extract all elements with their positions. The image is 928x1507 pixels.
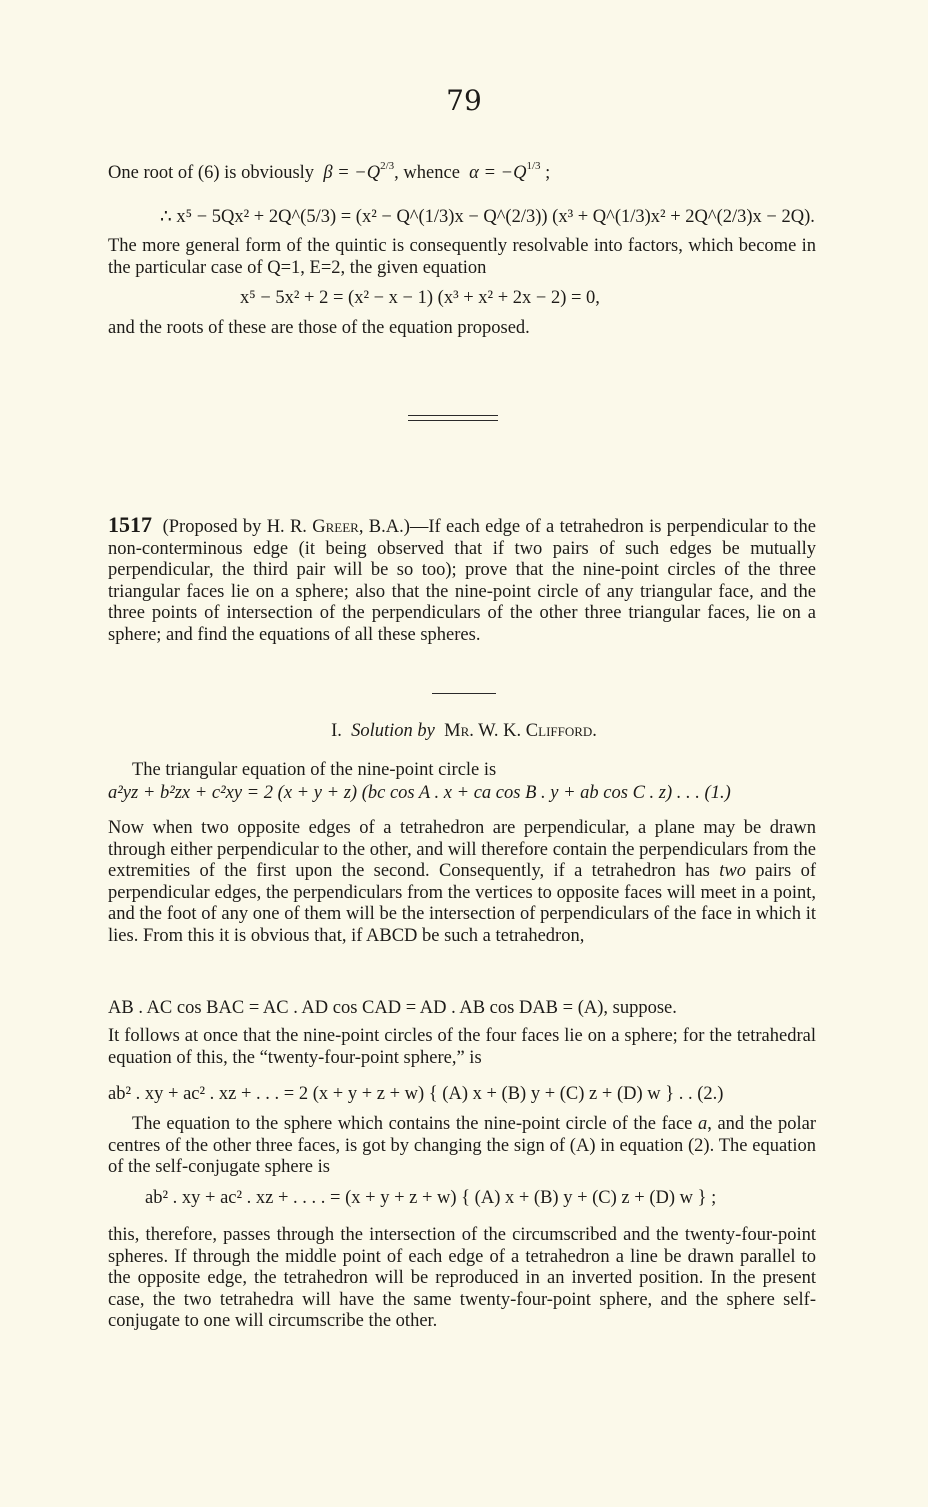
cosine-equality-equation: AB . AC cos BAC = AC . AD cos CAD = AD .… xyxy=(108,998,677,1019)
page-number: 79 xyxy=(0,84,928,117)
proposer-suffix: , B.A.) xyxy=(359,517,410,537)
solution-paragraph-3: It follows at once that the nine-point c… xyxy=(108,1026,816,1069)
roots-paragraph: and the roots of these are those of the … xyxy=(108,318,816,340)
beta-exponent: 2/3 xyxy=(380,160,394,172)
paragraph-4-emphasis: a xyxy=(698,1114,707,1134)
paragraph-4-text-a: The equation to the sphere which contain… xyxy=(132,1114,698,1134)
question-1517: 1517 (Proposed by H. R. Greer, B.A.)—If … xyxy=(108,514,816,646)
semicolon: ; xyxy=(545,163,550,183)
section-divider xyxy=(432,693,496,694)
quintic-equation: x⁵ − 5x² + 2 = (x² − x − 1) (x³ + x² + 2… xyxy=(240,288,600,309)
self-conjugate-sphere-equation: ab² . xy + ac² . xz + . . . . = (x + y +… xyxy=(145,1188,716,1209)
factorization-equation: ∴ x⁵ − 5Qx² + 2Q^(5/3) = (x² − Q^(1/3)x … xyxy=(160,206,815,228)
alpha-exponent: 1/3 xyxy=(526,160,540,172)
solution-heading: I. Solution by Mr. W. K. Clifford. xyxy=(0,721,928,742)
alpha-expression: α = −Q xyxy=(469,163,526,183)
whence-text: , whence xyxy=(394,163,460,183)
question-number: 1517 xyxy=(108,512,152,537)
document-page: 79 One root of (6) is obviously β = −Q2/… xyxy=(0,0,928,1507)
general-form-paragraph: The more general form of the quintic is … xyxy=(108,236,816,279)
twenty-four-point-sphere-equation: ab² . xy + ac² . xz + . . . = 2 (x + y +… xyxy=(108,1084,723,1105)
paragraph-2-emphasis: two xyxy=(719,861,746,881)
section-divider-double xyxy=(408,415,498,421)
nine-point-circle-equation: a²yz + b²zx + c²xy = 2 (x + y + z) (bc c… xyxy=(108,783,731,804)
solution-author: Mr. W. K. Clifford. xyxy=(444,721,597,741)
solution-paragraph-2: Now when two opposite edges of a tetrahe… xyxy=(108,818,816,947)
root-statement-text: One root of (6) is obviously xyxy=(108,163,314,183)
root-statement-line: One root of (6) is obviously β = −Q2/3, … xyxy=(108,160,550,184)
proposer-prefix: (Proposed by H. R. xyxy=(163,517,313,537)
solution-paragraph-5: this, therefore, passes through the inte… xyxy=(108,1225,816,1333)
solution-intro: The triangular equation of the nine-poin… xyxy=(108,760,816,782)
proposer-name: Greer xyxy=(312,517,359,537)
paragraph-2-text-a: Now when two opposite edges of a tetrahe… xyxy=(108,818,816,881)
solution-by-label: Solution by xyxy=(351,721,435,741)
solution-number: I. xyxy=(331,721,342,741)
beta-expression: β = −Q xyxy=(323,163,380,183)
solution-paragraph-4: The equation to the sphere which contain… xyxy=(108,1114,816,1179)
